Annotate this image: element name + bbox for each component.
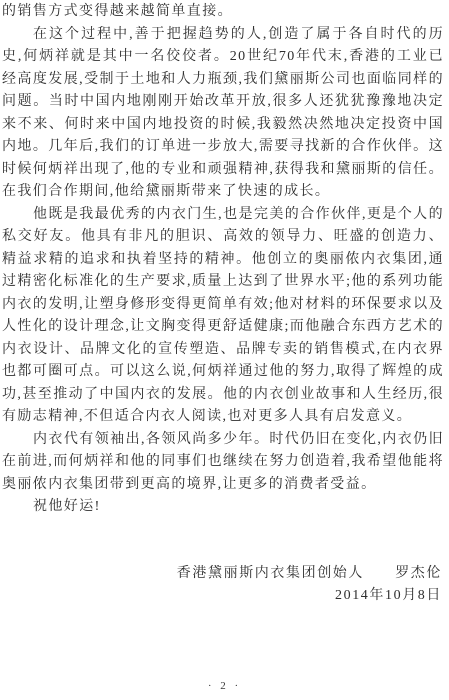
signature-author-line: 香港黛丽斯内衣集团创始人 罗杰伦: [2, 563, 442, 586]
page-content: 的销售方式变得越来越简单直接。在这个过程中,善于把握趋势的人,创造了属于各自时代…: [0, 0, 449, 700]
signature-block: 香港黛丽斯内衣集团创始人 罗杰伦 2014年10月8日: [2, 563, 444, 608]
page-number: · 2 ·: [0, 680, 449, 692]
document-page: { "document": { "paragraphs": [ { "inden…: [0, 0, 449, 700]
document-body: 的销售方式变得越来越简单直接。在这个过程中,善于把握趋势的人,创造了属于各自时代…: [2, 1, 444, 519]
paragraph: 祝他好运!: [2, 496, 444, 519]
paragraph: 内衣代有领袖出,各领风尚多少年。时代仍旧在变化,内衣仍旧在前进,而何炳祥和他的同…: [2, 429, 444, 497]
paragraph: 的销售方式变得越来越简单直接。: [2, 1, 444, 24]
signature-date-line: 2014年10月8日: [2, 585, 442, 608]
paragraph: 在这个过程中,善于把握趋势的人,创造了属于各自时代的历史,何炳祥就是其中一名佼佼…: [2, 24, 444, 204]
paragraph: 他既是我最优秀的内衣门生,也是完美的合作伙伴,更是个人的私交好友。他具有非凡的胆…: [2, 204, 444, 429]
